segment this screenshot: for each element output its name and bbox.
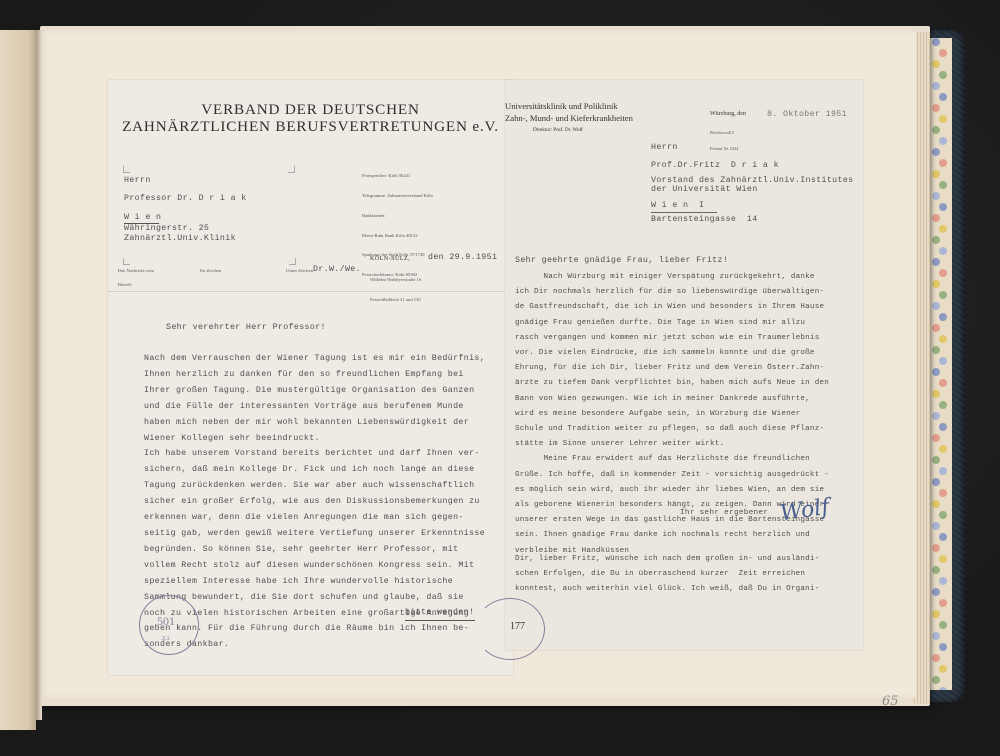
letter-date: den 29.9.1951 bbox=[428, 253, 497, 262]
letterhead-line-1: Universitätsklinik und Poliklinik bbox=[505, 101, 618, 111]
recipient-line-4: der Universität Wien bbox=[651, 185, 758, 194]
fold-mark bbox=[288, 166, 295, 173]
recipient-city: W i e n I bbox=[651, 201, 704, 210]
recipient-street: Bartensteingasse 14 bbox=[651, 215, 758, 224]
text-line: sicher ein großer Erfolg, wie aus den Di… bbox=[144, 494, 485, 510]
text-line: Wiener Kollegen sehr beeindruckt. bbox=[144, 431, 485, 447]
letter-verband: VERBAND DER DEUTSCHEN ZAHNÄRZTLICHEN BER… bbox=[108, 80, 513, 675]
text-line: gnädige Frau genießen durfte. Die Tage i… bbox=[515, 316, 829, 331]
place: Würzburg, den bbox=[710, 111, 746, 117]
recipient-name: Prof.Dr.Fritz D r i a k bbox=[651, 161, 779, 170]
text-line: seitig gab, werden gewiß weitere Vertief… bbox=[144, 526, 485, 542]
letterhead-director: Direktor: Prof. Dr. Wolf bbox=[533, 127, 583, 133]
text-line: stätte im Sinne unserer Lehrer weiter wi… bbox=[515, 437, 829, 452]
recipient-name: Professor Dr. D r i a k bbox=[124, 194, 247, 203]
text-line: ärzte zu tiefem Dank verpflichtet bin, h… bbox=[515, 376, 829, 391]
text-line: de Gastfreundschaft, die ich in Wien und… bbox=[515, 300, 829, 315]
place: KÖLN-SÜLZ, bbox=[370, 256, 410, 262]
letterhead-line-1: VERBAND DER DEUTSCHEN bbox=[108, 101, 513, 119]
recipient-city: W i e n bbox=[124, 213, 161, 222]
closing: Ihr sehr ergebener bbox=[680, 509, 768, 517]
text-line: es möglich sein wird, auch ihr wieder ih… bbox=[515, 483, 829, 498]
recipient-line-3: Vorstand des Zahnärztl.Univ.Institutes bbox=[651, 176, 854, 185]
text-line: rasch vergangen und kommen mir jetzt sch… bbox=[515, 331, 829, 346]
text-line: erkennen war, denn die vielen Anregungen… bbox=[144, 510, 485, 526]
text-line: haben mich neben der mir wohl bekannten … bbox=[144, 415, 485, 431]
text-line: Meine Frau erwidert auf das Herzlichste … bbox=[515, 452, 829, 467]
text-line: Bann von Wien gezwungen. Wie ich in mein… bbox=[515, 392, 829, 407]
header-divider bbox=[108, 291, 513, 292]
text-line: Schule und Tradition weiter zu pflegen, … bbox=[515, 422, 829, 437]
letter-wuerzburg: Universitätsklinik und Poliklinik Zahn-,… bbox=[505, 80, 863, 650]
text-line: Ich habe unserem Vorstand bereits berich… bbox=[144, 446, 485, 462]
text-line: begründen. So können Sie, sehr geehrter … bbox=[144, 542, 485, 558]
text-line: ich Dir nochmals herzlich für die so lie… bbox=[515, 285, 829, 300]
archive-stamp: 501 Z.I. bbox=[139, 595, 199, 655]
our-sign-value: Dr.W./We. bbox=[313, 265, 361, 274]
left-album-page-edge bbox=[0, 30, 36, 730]
our-sign-label: Unser Zeichen bbox=[286, 268, 313, 275]
city-underline bbox=[651, 212, 717, 213]
fold-mark bbox=[123, 258, 130, 265]
greeting: Sehr geehrte gnädige Frau, lieber Fritz! bbox=[515, 256, 728, 265]
gutter bbox=[36, 30, 42, 720]
floral-endpaper bbox=[930, 38, 952, 690]
place-sub: Pleicherwall 2 Fernruf Nr. 5434 bbox=[710, 119, 738, 162]
postscript: Dir, lieber Fritz, wünsche ich nach dem … bbox=[515, 552, 819, 598]
text-line: Nach Würzburg mit einiger Verspätung zur… bbox=[515, 270, 829, 285]
text-line: Dir, lieber Fritz, wünsche ich nach dem … bbox=[515, 552, 819, 567]
text-line: Ihrer großen Tagung. Die mustergültige O… bbox=[144, 383, 485, 399]
text-line: Grüße. Ich hoffe, daß in kommender Zeit … bbox=[515, 468, 829, 483]
fold-mark bbox=[123, 166, 130, 173]
greeting: Sehr verehrter Herr Professor! bbox=[166, 323, 326, 332]
your-sign-label: Ihr Zeichen bbox=[200, 268, 221, 275]
letter-date: 8. Oktober 1951 bbox=[767, 110, 847, 119]
text-line: vollem Recht stolz auf diesen wunderschö… bbox=[144, 558, 485, 574]
closing-note-underline bbox=[405, 620, 475, 621]
text-line: speziellem Interesse habe ich Ihre wunde… bbox=[144, 574, 485, 590]
text-line: konntest, auch weiterhin viel Glück. Ich… bbox=[515, 582, 819, 597]
text-line: und die Fülle der interessanten Vorträge… bbox=[144, 399, 485, 415]
recipient-salutation: Herrn bbox=[124, 176, 151, 185]
closing-note: bitte wenden! bbox=[405, 608, 474, 617]
your-message-label: Ihre Nachricht vom bbox=[118, 268, 154, 275]
text-line: Tagung zurückdenken werden. Sie war aber… bbox=[144, 478, 485, 494]
fold-mark bbox=[289, 258, 296, 265]
recipient-street: Währingerstr. 25 bbox=[124, 224, 209, 233]
text-line: Ihnen herzlich zu danken für den so freu… bbox=[144, 367, 485, 383]
text-line: sein. Ihnen gnädige Frau danke ich nochm… bbox=[515, 528, 829, 543]
subject-label: Betreff: bbox=[118, 282, 132, 289]
text-line: wird es meine besondere Aufgabe sein, in… bbox=[515, 407, 829, 422]
letterhead-line-2: ZAHNÄRZTLICHEN BERUFSVERTRETUNGEN e.V. bbox=[108, 118, 513, 136]
page-number: 65 bbox=[882, 694, 899, 709]
letterhead-line-2: Zahn-, Mund- und Kieferkrankheiten bbox=[505, 113, 633, 123]
recipient-salutation: Herrn bbox=[651, 143, 678, 152]
text-line: schen Erfolgen, die Du in überraschend k… bbox=[515, 567, 819, 582]
archive-stamp: 177 bbox=[475, 598, 545, 660]
text-line: vor. Die vielen Eindrücke, die ich samme… bbox=[515, 346, 829, 361]
text-line: Sammlung bewundert, die Sie dort schufen… bbox=[144, 590, 485, 606]
text-line: sichern, daß mein Kollege Dr. Fick und i… bbox=[144, 462, 485, 478]
text-line: Nach dem Verrauschen der Wiener Tagung i… bbox=[144, 351, 485, 367]
recipient-institution: Zahnärztl.Univ.Klinik bbox=[124, 234, 236, 243]
text-line: Ehrung, für die ich Dir, lieber Fritz un… bbox=[515, 361, 829, 376]
